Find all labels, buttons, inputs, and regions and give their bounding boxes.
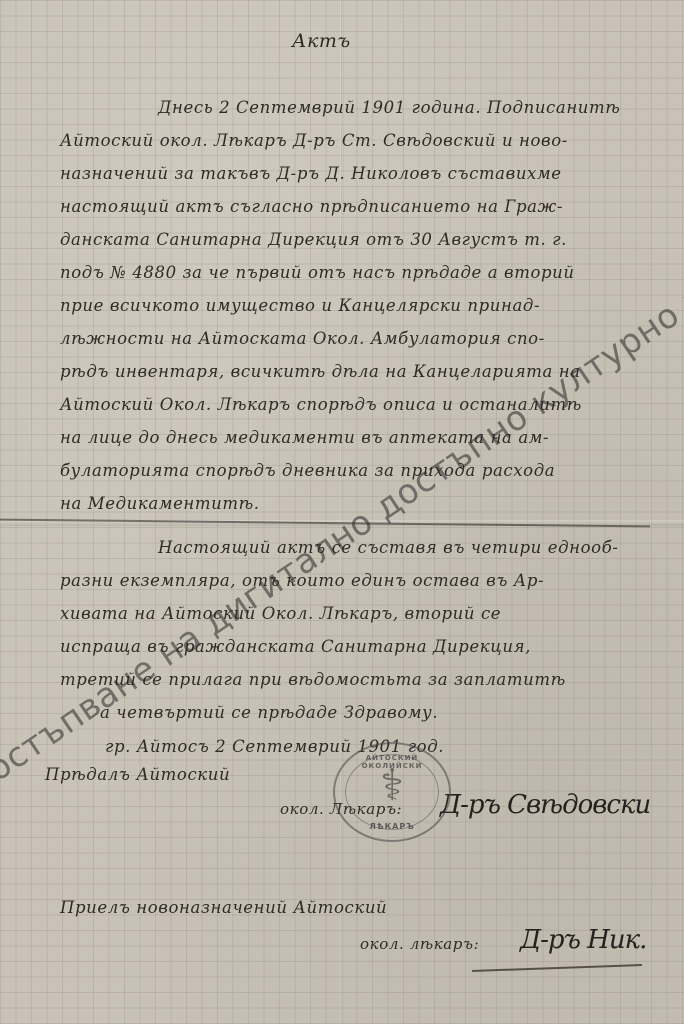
- body-line: Днесь 2 Септемврий 1901 година. Подписан…: [158, 98, 620, 117]
- received-signature: Д-ръ Ник.: [520, 925, 646, 955]
- body-line: назначений за такъвъ Д-ръ Д. Николовъ съ…: [60, 164, 562, 183]
- handed-over-signature: Д-ръ Свѣдовски: [440, 790, 650, 820]
- paragraph2-line: испраща въ гражданската Санитарна Дирекц…: [60, 637, 531, 656]
- signature-flourish: [472, 964, 642, 972]
- stamp-bottom-text: ЛѢКАРЪ: [335, 822, 449, 831]
- body-line: на Медикаментитѣ.: [60, 494, 260, 513]
- body-line: лѣжности на Айтоската Окол. Амбулатория …: [60, 329, 545, 348]
- body-line: прие всичкото имущество и Канцелярски пр…: [60, 296, 540, 315]
- document-page: Актъ Днесь 2 Септемврий 1901 година. Под…: [0, 0, 684, 1024]
- paragraph2-line: а четвъртий се прѣдаде Здравому.: [100, 703, 438, 722]
- received-role: окол. лѣкаръ:: [360, 935, 479, 953]
- body-line: данската Санитарна Дирекция отъ 30 Авгус…: [60, 230, 567, 249]
- body-line: Айтоский окол. Лѣкаръ Д-ръ Ст. Свѣдовски…: [60, 131, 568, 150]
- document-title: Актъ: [292, 30, 351, 52]
- body-line: рѣдъ инвентаря, всичкитѣ дѣла на Канцела…: [60, 362, 581, 381]
- handed-over-label: Прѣдалъ Айтоский: [45, 765, 230, 784]
- body-line: подъ № 4880 за че първий отъ насъ прѣдад…: [60, 263, 575, 282]
- received-label: Приелъ новоназначений Айтоский: [60, 898, 387, 917]
- body-line: настоящий актъ съгласно прѣдписанието на…: [60, 197, 563, 216]
- paragraph2-line: Настоящий актъ се съставя въ четири едно…: [158, 538, 619, 557]
- official-stamp: АЙТОСКИЙ ОКОЛИЙСКИ ⚕ ЛѢКАРЪ: [333, 742, 451, 842]
- caduceus-icon: ⚕: [380, 764, 404, 808]
- paragraph2-line: хивата на Айтоский Окол. Лѣкаръ, вторий …: [60, 604, 501, 623]
